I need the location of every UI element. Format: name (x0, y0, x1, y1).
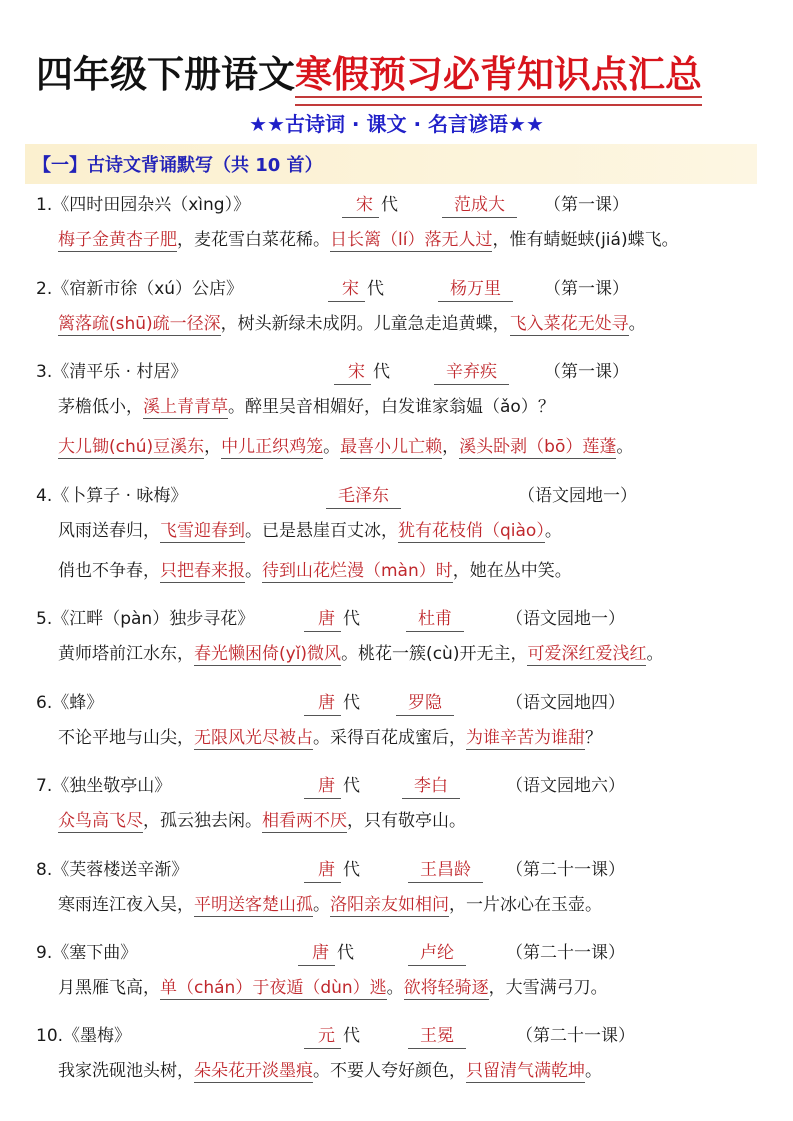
title-topic: 寒假预习必背知识点汇总 (295, 50, 702, 100)
poem-line: 月黑雁飞高，单（chán）于夜遁（dùn）逃。欲将轻骑逐，大雪满弓刀。 (36, 968, 776, 1008)
poem-text: ，树头新绿未成阴。儿童急走追黄蝶， (221, 314, 510, 334)
poem-entry: 2.《宿新市徐（xú）公店》宋代杨万里（第一课）篱落疏(shū)疏一径深，树头新… (36, 274, 776, 344)
section-label: 【一】古诗文背诵默写（共 10 首） (33, 151, 323, 177)
poem-title: 2.《宿新市徐（xú）公店》 (36, 274, 243, 304)
recite-highlight: 飞雪迎春到 (160, 521, 245, 543)
author-name: 杜甫 (406, 607, 464, 632)
poem-line: 不论平地与山尖，无限风光尽被占。采得百花成蜜后，为谁辛苦为谁甜？ (36, 718, 776, 758)
poem-entry: 1.《四时田园杂兴（xìng）》宋代范成大（第一课）梅子金黄杏子肥，麦花雪白菜花… (36, 190, 776, 260)
poem-title: 4.《卜算子 · 咏梅》 (36, 481, 187, 511)
poem-header: 7.《独坐敬亭山》唐代李白（语文园地六） (36, 771, 776, 801)
poem-line: 黄师塔前江水东，春光懒困倚(yǐ)微风。桃花一簇(cù)开无主，可爱深红爱浅红。 (36, 634, 776, 674)
dynasty-suffix: 代 (343, 860, 360, 880)
recite-highlight: 欲将轻骑逐 (404, 978, 489, 1000)
poem-author: 杨万里 (438, 274, 513, 304)
poem-entry: 4.《卜算子 · 咏梅》毛泽东（语文园地一）风雨送春归，飞雪迎春到。已是悬崖百丈… (36, 481, 776, 591)
poem-text: 俏也不争春， (58, 561, 160, 581)
worksheet-page: 四年级下册语文 寒假预习必背知识点汇总 ★★古诗词 · 课文 · 名言谚语★★ … (0, 0, 793, 1121)
poem-text: 月黑雁飞高， (58, 978, 160, 998)
poem-text: ， (442, 437, 459, 457)
title-grade: 四年级下册语文 (36, 50, 295, 100)
dynasty-value: 宋 (334, 360, 371, 385)
recite-highlight: 只把春来报 (160, 561, 245, 583)
poem-author: 王冕 (408, 1021, 466, 1051)
title-highlight: 寒假预习必背知识点汇总 (295, 50, 702, 100)
poem-header: 1.《四时田园杂兴（xìng）》宋代范成大（第一课） (36, 190, 776, 220)
dynasty-value: 唐 (304, 607, 341, 632)
poem-author: 卢纶 (408, 938, 466, 968)
poem-header: 5.《江畔（pàn）独步寻花》唐代杜甫（语文园地一） (36, 604, 776, 634)
author-name: 王冕 (408, 1024, 466, 1049)
recite-highlight: 飞入菜花无处寻 (510, 314, 629, 336)
poem-author: 毛泽东 (326, 481, 401, 511)
poem-line: 我家洗砚池头树，朵朵花开淡墨痕。不要人夸好颜色，只留清气满乾坤。 (36, 1051, 776, 1091)
poem-text: 。 (616, 437, 633, 457)
poem-text: 。 (585, 1061, 602, 1081)
dynasty-value: 唐 (298, 941, 335, 966)
poem-line: 俏也不争春，只把春来报。待到山花烂漫（màn）时，她在丛中笑。 (36, 551, 776, 591)
poem-header: 3.《清平乐 · 村居》宋代辛弃疾（第一课） (36, 357, 776, 387)
author-name: 王昌龄 (408, 858, 483, 883)
poem-line: 篱落疏(shū)疏一径深，树头新绿未成阴。儿童急走追黄蝶，飞入菜花无处寻。 (36, 304, 776, 344)
recite-highlight: 待到山花烂漫（màn）时 (262, 561, 453, 583)
author-name: 毛泽东 (326, 484, 401, 509)
dynasty-suffix: 代 (367, 279, 384, 299)
poem-entry: 5.《江畔（pàn）独步寻花》唐代杜甫（语文园地一）黄师塔前江水东，春光懒困倚(… (36, 604, 776, 674)
poem-text: 。醉里吴音相媚好，白发谁家翁媪（ǎo）？ (228, 397, 555, 417)
poem-line: 大儿锄(chú)豆溪东，中儿正织鸡笼。最喜小儿亡赖，溪头卧剥（bō）莲蓬。 (36, 427, 776, 467)
poem-source-lesson: （语文园地一） (506, 604, 625, 634)
poem-text: ，只有敬亭山。 (347, 811, 466, 831)
poem-header: 8.《芙蓉楼送辛渐》唐代王昌龄（第二十一课） (36, 855, 776, 885)
poem-text: 。 (245, 561, 262, 581)
poem-title: 6.《蜂》 (36, 688, 103, 718)
poem-title: 7.《独坐敬亭山》 (36, 771, 171, 801)
poem-entry: 9.《塞下曲》唐代卢纶（第二十一课）月黑雁飞高，单（chán）于夜遁（dùn）逃… (36, 938, 776, 1008)
recite-highlight: 梅子金黄杏子肥 (58, 230, 177, 252)
poem-header: 2.《宿新市徐（xú）公店》宋代杨万里（第一课） (36, 274, 776, 304)
dynasty-value: 唐 (304, 774, 341, 799)
poem-text: 不论平地与山尖， (58, 728, 194, 748)
author-name: 范成大 (442, 193, 517, 218)
author-name: 卢纶 (408, 941, 466, 966)
section-header: 【一】古诗文背诵默写（共 10 首） (25, 144, 757, 184)
poem-source-lesson: （语文园地一） (518, 481, 637, 511)
poem-dynasty: 宋代 (334, 357, 390, 387)
poem-text: 。 (629, 314, 646, 334)
subtitle: ★★古诗词 · 课文 · 名言谚语★★ (0, 110, 793, 138)
dynasty-value: 宋 (328, 277, 365, 302)
poem-text: 茅檐低小， (58, 397, 143, 417)
poem-text: ，麦花雪白菜花稀。 (177, 230, 330, 250)
poem-line: 寒雨连江夜入吴，平明送客楚山孤。洛阳亲友如相问，一片冰心在玉壶。 (36, 885, 776, 925)
poem-entry: 10.《墨梅》元代王冕（第二十一课）我家洗砚池头树，朵朵花开淡墨痕。不要人夸好颜… (36, 1021, 776, 1091)
poem-dynasty: 宋代 (328, 274, 384, 304)
recite-highlight: 溪头卧剥（bō）莲蓬 (459, 437, 616, 459)
dynasty-value: 唐 (304, 691, 341, 716)
poem-text: 。 (313, 895, 330, 915)
poem-author: 范成大 (442, 190, 517, 220)
poem-header: 9.《塞下曲》唐代卢纶（第二十一课） (36, 938, 776, 968)
poem-title: 9.《塞下曲》 (36, 938, 137, 968)
recite-highlight: 平明送客楚山孤 (194, 895, 313, 917)
poem-dynasty: 唐代 (304, 771, 360, 801)
poem-dynasty: 唐代 (304, 688, 360, 718)
poem-entry: 8.《芙蓉楼送辛渐》唐代王昌龄（第二十一课）寒雨连江夜入吴，平明送客楚山孤。洛阳… (36, 855, 776, 925)
dynasty-suffix: 代 (343, 609, 360, 629)
poem-line: 梅子金黄杏子肥，麦花雪白菜花稀。日长篱（lí）落无人过，惟有蜻蜓蛱(jiá)蝶飞… (36, 220, 776, 260)
poem-source-lesson: （第一课） (544, 274, 629, 304)
dynasty-suffix: 代 (337, 943, 354, 963)
poem-author: 王昌龄 (408, 855, 483, 885)
recite-highlight: 单（chán）于夜遁（dùn）逃 (160, 978, 387, 1000)
recite-highlight: 大儿锄(chú)豆溪东 (58, 437, 204, 459)
poem-entry: 7.《独坐敬亭山》唐代李白（语文园地六）众鸟高飞尽，孤云独去闲。相看两不厌，只有… (36, 771, 776, 841)
dynasty-suffix: 代 (343, 776, 360, 796)
recite-highlight: 篱落疏(shū)疏一径深 (58, 314, 221, 336)
poem-text: 寒雨连江夜入吴， (58, 895, 194, 915)
poem-text: ？ (585, 728, 602, 748)
poem-source-lesson: （第二十一课） (506, 938, 625, 968)
poem-source-lesson: （语文园地六） (506, 771, 625, 801)
poem-text: ，大雪满弓刀。 (489, 978, 608, 998)
dynasty-suffix: 代 (343, 693, 360, 713)
poem-text: ，惟有蜻蜓蛱(jiá)蝶飞。 (492, 230, 678, 250)
poem-text: 风雨送春归， (58, 521, 160, 541)
dynasty-value: 唐 (304, 858, 341, 883)
recite-highlight: 溪上青青草 (143, 397, 228, 419)
poem-text: ， (204, 437, 221, 457)
poem-text: 。 (545, 521, 562, 541)
poem-author: 杜甫 (406, 604, 464, 634)
poem-text: 。 (387, 978, 404, 998)
poem-author: 辛弃疾 (434, 357, 509, 387)
poem-dynasty: 唐代 (304, 604, 360, 634)
poem-header: 10.《墨梅》元代王冕（第二十一课） (36, 1021, 776, 1051)
recite-highlight: 朵朵花开淡墨痕 (194, 1061, 313, 1083)
poem-text: 。 (323, 437, 340, 457)
recite-highlight: 为谁辛苦为谁甜 (466, 728, 585, 750)
poem-text: 我家洗砚池头树， (58, 1061, 194, 1081)
poem-entry: 6.《蜂》唐代罗隐（语文园地四）不论平地与山尖，无限风光尽被占。采得百花成蜜后，… (36, 688, 776, 758)
poem-title: 8.《芙蓉楼送辛渐》 (36, 855, 188, 885)
poem-text: ，她在丛中笑。 (453, 561, 572, 581)
poem-line: 风雨送春归，飞雪迎春到。已是悬崖百丈冰，犹有花枝俏（qiào）。 (36, 511, 776, 551)
dynasty-suffix: 代 (343, 1026, 360, 1046)
dynasty-suffix: 代 (381, 195, 398, 215)
author-name: 李白 (402, 774, 460, 799)
poem-text: 。 (646, 644, 663, 664)
dynasty-value: 元 (304, 1024, 341, 1049)
poem-title: 10.《墨梅》 (36, 1021, 131, 1051)
dynasty-value: 宋 (342, 193, 379, 218)
page-title: 四年级下册语文 寒假预习必背知识点汇总 (36, 44, 763, 100)
poem-text: 。采得百花成蜜后， (313, 728, 466, 748)
author-name: 杨万里 (438, 277, 513, 302)
poem-source-lesson: （第一课） (544, 357, 629, 387)
poem-dynasty: 唐代 (298, 938, 354, 968)
recite-highlight: 日长篱（lí）落无人过 (330, 230, 492, 252)
poem-title: 1.《四时田园杂兴（xìng）》 (36, 190, 250, 220)
poem-source-lesson: （第二十一课） (516, 1021, 635, 1051)
poem-title: 3.《清平乐 · 村居》 (36, 357, 187, 387)
author-name: 罗隐 (396, 691, 454, 716)
poem-text: ，一片冰心在玉壶。 (449, 895, 602, 915)
poem-source-lesson: （第一课） (544, 190, 629, 220)
poem-entry: 3.《清平乐 · 村居》宋代辛弃疾（第一课）茅檐低小，溪上青青草。醉里吴音相媚好… (36, 357, 776, 467)
poem-title: 5.《江畔（pàn）独步寻花》 (36, 604, 254, 634)
recite-highlight: 洛阳亲友如相问 (330, 895, 449, 917)
recite-highlight: 中儿正织鸡笼 (221, 437, 323, 459)
poem-line: 众鸟高飞尽，孤云独去闲。相看两不厌，只有敬亭山。 (36, 801, 776, 841)
poem-text: 。已是悬崖百丈冰， (245, 521, 398, 541)
recite-highlight: 只留清气满乾坤 (466, 1061, 585, 1083)
poem-text: 黄师塔前江水东， (58, 644, 194, 664)
poem-dynasty: 唐代 (304, 855, 360, 885)
poem-header: 6.《蜂》唐代罗隐（语文园地四） (36, 688, 776, 718)
poem-header: 4.《卜算子 · 咏梅》毛泽东（语文园地一） (36, 481, 776, 511)
recite-highlight: 犹有花枝俏（qiào） (398, 521, 545, 543)
poem-source-lesson: （语文园地四） (506, 688, 625, 718)
recite-highlight: 相看两不厌 (262, 811, 347, 833)
poem-text: 。不要人夸好颜色， (313, 1061, 466, 1081)
recite-highlight: 可爱深红爱浅红 (527, 644, 646, 666)
recite-highlight: 春光懒困倚(yǐ)微风 (194, 644, 341, 666)
author-name: 辛弃疾 (434, 360, 509, 385)
recite-highlight: 无限风光尽被占 (194, 728, 313, 750)
poem-author: 罗隐 (396, 688, 454, 718)
poem-line: 茅檐低小，溪上青青草。醉里吴音相媚好，白发谁家翁媪（ǎo）？ (36, 387, 776, 427)
dynasty-suffix: 代 (373, 362, 390, 382)
poem-text: 。桃花一簇(cù)开无主， (341, 644, 527, 664)
recite-highlight: 最喜小儿亡赖 (340, 437, 442, 459)
poem-text: ，孤云独去闲。 (143, 811, 262, 831)
recite-highlight: 众鸟高飞尽 (58, 811, 143, 833)
poem-dynasty: 宋代 (342, 190, 398, 220)
poem-author: 李白 (402, 771, 460, 801)
poem-source-lesson: （第二十一课） (506, 855, 625, 885)
poem-dynasty: 元代 (304, 1021, 360, 1051)
